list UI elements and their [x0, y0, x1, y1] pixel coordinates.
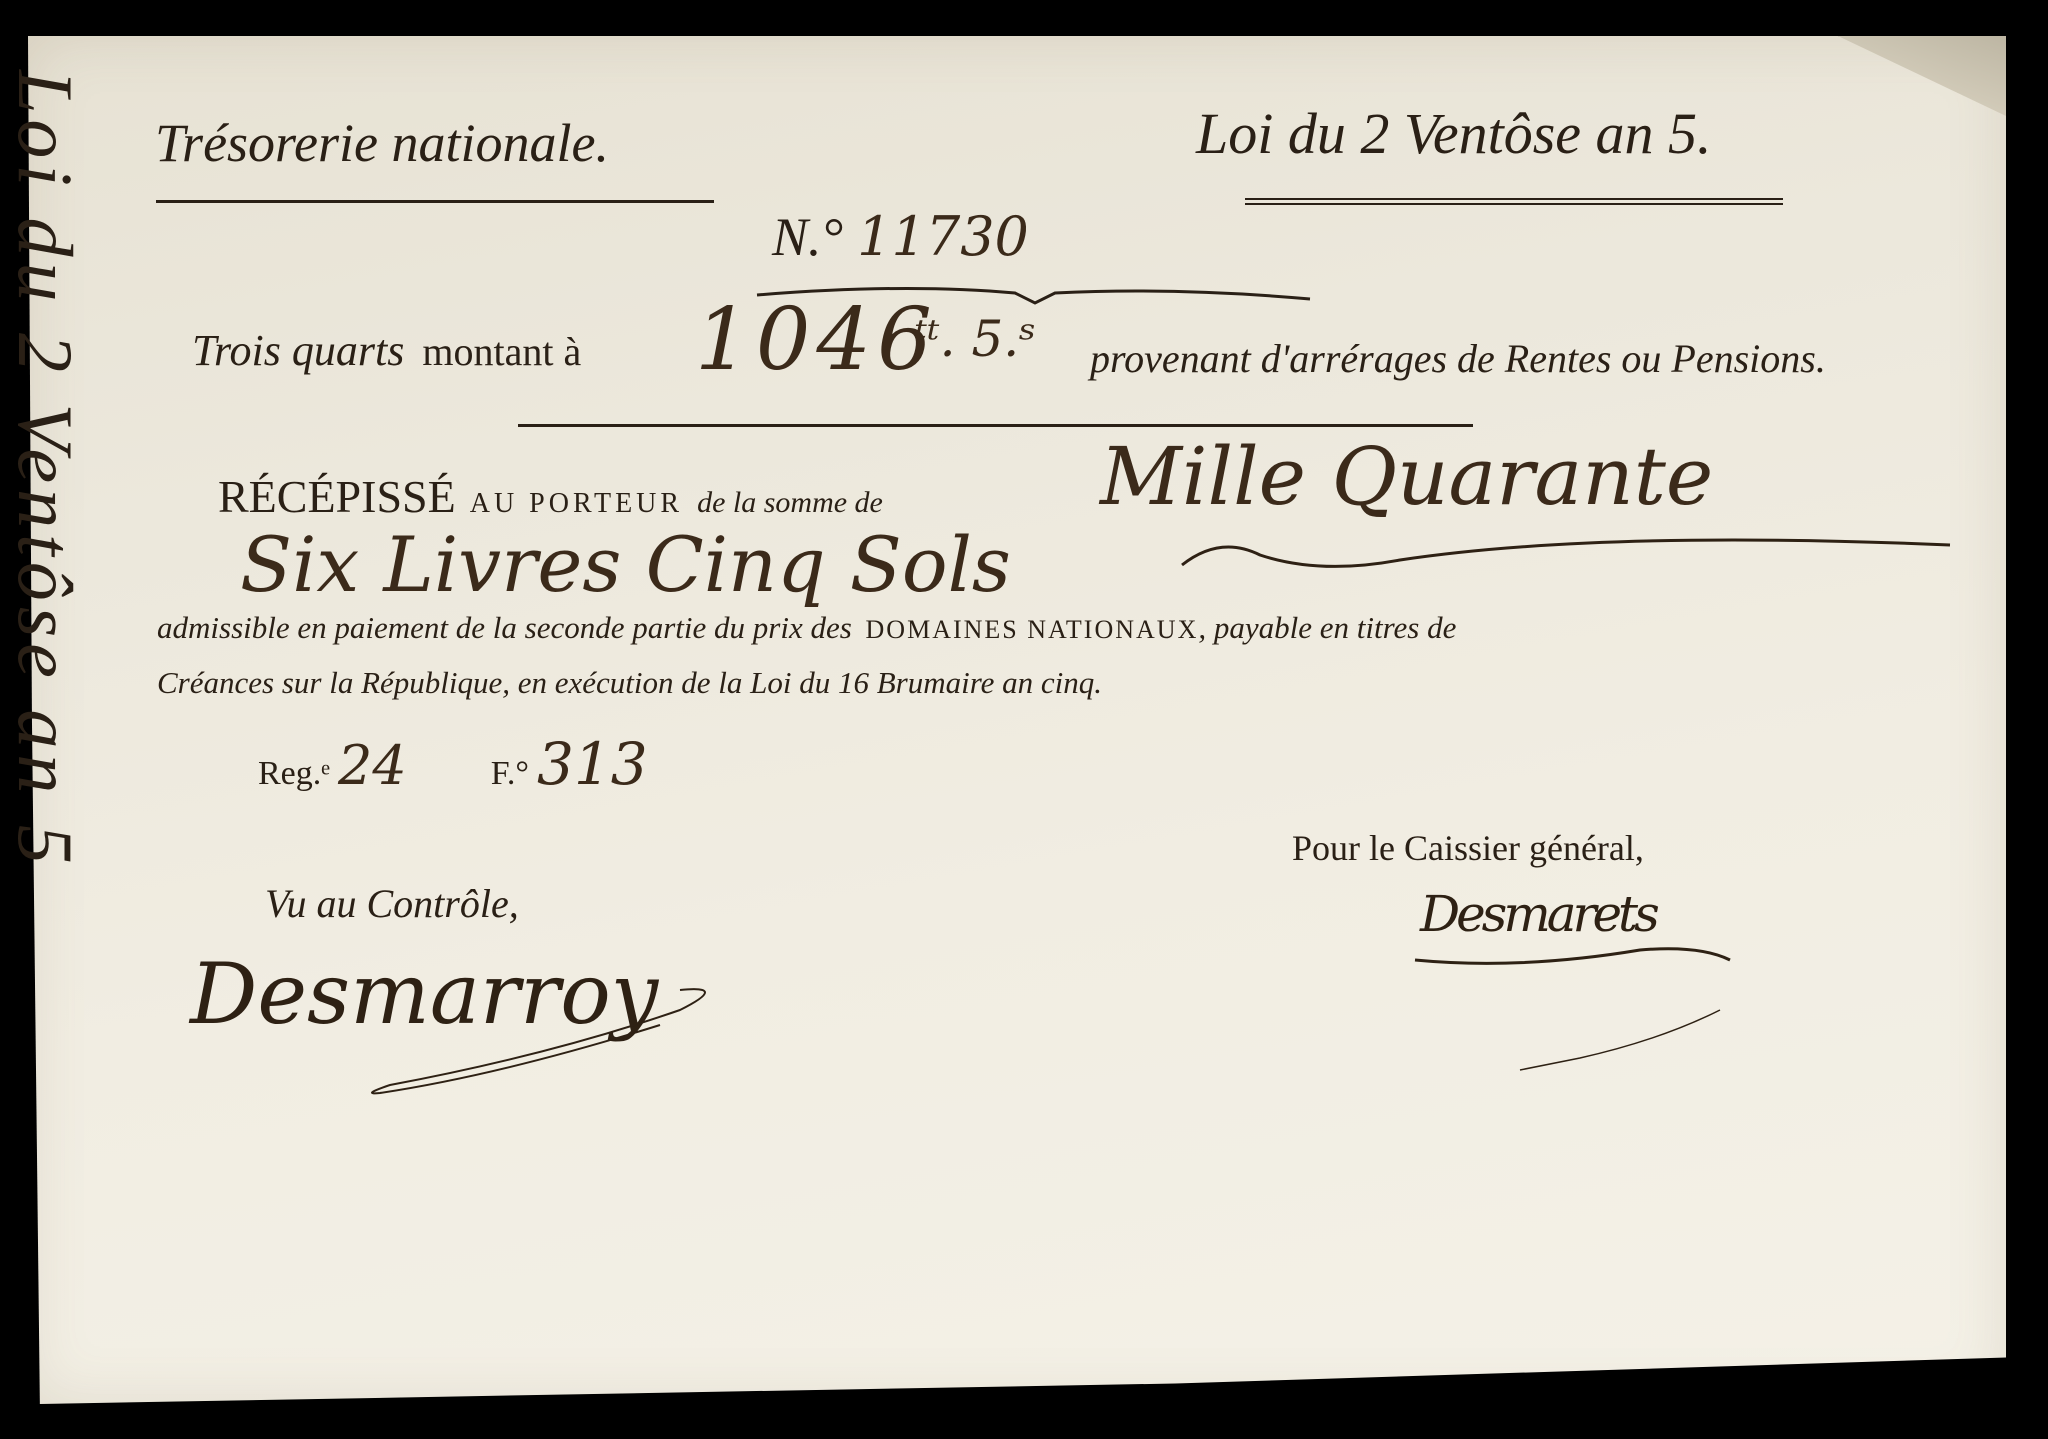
domaines-nationaux: DOMAINES NATIONAUX [866, 615, 1199, 644]
folio-value: 313 [537, 730, 648, 798]
recepisse-line: RÉCÉPISSÉ AU PORTEUR de la somme de [218, 470, 883, 523]
header-loi: Loi du 2 Ventôse an 5. [1196, 100, 1712, 167]
body-line-1-end: , payable en titres de [1198, 610, 1456, 645]
adjacent-sheet-rotated-text: Loi du 2 Ventôse an 5 [0, 70, 90, 870]
register-value: 24 [338, 734, 407, 797]
body-line-1-text: admissible en paiement de la seconde par… [157, 610, 852, 645]
controle-signature-flourish [350, 985, 770, 1115]
amount-rule [518, 424, 1473, 427]
amount-handwritten: 1046 [695, 290, 938, 390]
au-porteur-label: AU PORTEUR [470, 488, 683, 519]
montant-label: montant à [422, 329, 581, 374]
number-value: 11730 [857, 205, 1029, 268]
register-line: Reg.ᵉ 24 F.° 313 [258, 730, 648, 798]
body-line-1: admissible en paiement de la seconde par… [157, 610, 1456, 646]
recepisse-label: RÉCÉPISSÉ [218, 471, 456, 522]
receipt-number: N.° 11730 [772, 205, 1029, 268]
amount-units: ᵗᵗ. 5.ˢ [915, 310, 1036, 368]
body-line-2: Créances sur la République, en exécution… [157, 665, 1102, 701]
header-tresorerie: Trésorerie nationale. [155, 112, 609, 174]
somme-label: de la somme de [697, 486, 883, 519]
trois-quarts-label: Trois quarts [192, 326, 404, 375]
register-label: Reg.ᵉ [258, 755, 330, 792]
sum-words-line2: Six Livres Cinq Sols [240, 520, 1011, 609]
cashier-signature-flourish [1400, 940, 1760, 1090]
cashier-signature: Desmarets [1420, 885, 1656, 943]
provenant-text: provenant d'arrérages de Rentes ou Pensi… [1090, 335, 1826, 382]
sum-line-flourish [1180, 525, 1960, 585]
controle-label: Vu au Contrôle, [265, 880, 519, 927]
header-left-rule [156, 200, 714, 203]
sum-words-line1: Mille Quarante [1100, 430, 1713, 523]
folio-label: F.° [491, 755, 529, 792]
number-label: N.° [772, 207, 843, 267]
cashier-label: Pour le Caissier général, [1292, 827, 1644, 869]
amount-line: Trois quarts montant à [192, 325, 581, 376]
header-right-double-rule [1245, 198, 1783, 205]
